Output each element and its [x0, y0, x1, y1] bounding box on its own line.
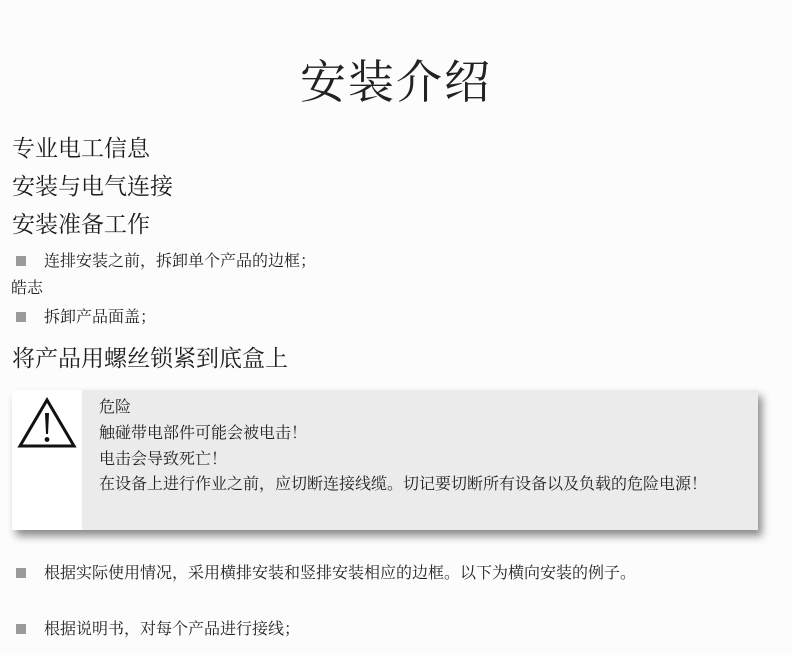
warning-line: 电击会导致死亡！: [99, 446, 739, 472]
bullet-square-icon: [16, 624, 26, 634]
heading-install-prep: 安装准备工作: [12, 210, 150, 240]
heading-install-and-wiring: 安装与电气连接: [12, 172, 173, 202]
warning-content: 危险 触碰带电部件可能会被电击！ 电击会导致死亡！ 在设备上进行作业之前，应切断…: [82, 390, 739, 530]
list-item: 根据实际使用情况，采用横排安装和竖排安装相应的边框。以下为横向安装的例子。: [16, 561, 736, 585]
warning-line: 触碰带电部件可能会被电击！: [99, 420, 739, 446]
brand-note: 皓志: [11, 277, 43, 299]
danger-warning-box: 危险 触碰带电部件可能会被电击！ 电击会导致死亡！ 在设备上进行作业之前，应切断…: [12, 390, 758, 530]
list-item-text: 根据实际使用情况，采用横排安装和竖排安装相应的边框。以下为横向安装的例子。: [44, 561, 734, 585]
warning-icon-panel: [12, 390, 82, 530]
warning-line: 在设备上进行作业之前，应切断连接线缆。切记要切断所有设备以及负载的危险电源！: [99, 472, 739, 496]
list-item: 拆卸产品面盖；: [16, 305, 156, 329]
list-item-text: 拆卸产品面盖；: [44, 305, 156, 329]
warning-triangle-icon: [17, 396, 77, 530]
heading-professional-info: 专业电工信息: [12, 134, 150, 164]
warning-title: 危险: [99, 394, 739, 420]
list-item-text: 根据说明书，对每个产品进行接线；: [44, 617, 300, 641]
list-item: 连排安装之前，拆卸单个产品的边框；: [16, 249, 316, 273]
page-title: 安装介绍: [0, 52, 792, 112]
bullet-square-icon: [16, 568, 26, 578]
list-item: 根据说明书，对每个产品进行接线；: [16, 617, 300, 641]
heading-screw-to-box: 将产品用螺丝锁紧到底盒上: [12, 344, 288, 374]
list-item-text: 连排安装之前，拆卸单个产品的边框；: [44, 249, 316, 273]
bullet-square-icon: [16, 256, 26, 266]
bullet-square-icon: [16, 312, 26, 322]
